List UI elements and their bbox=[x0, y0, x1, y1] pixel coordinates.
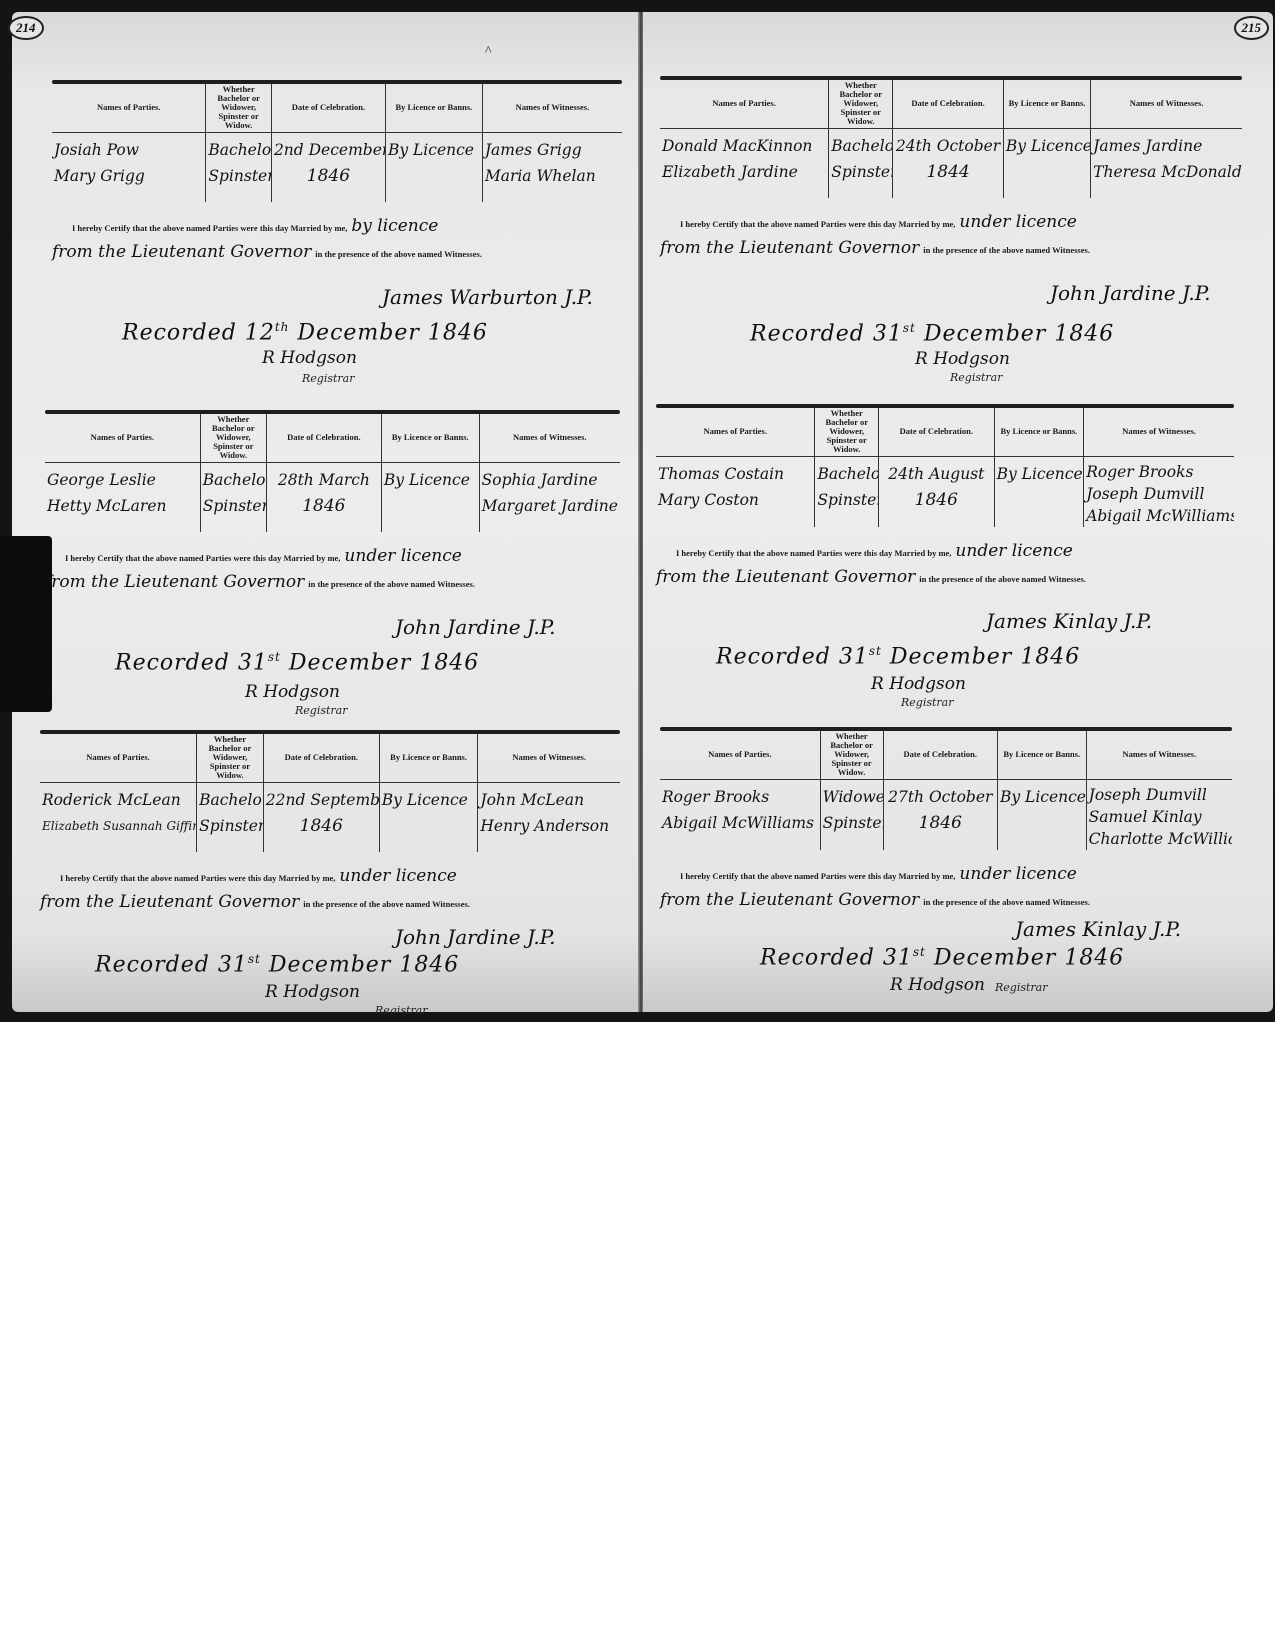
recorded-note: Recorded 31st December 1846 bbox=[95, 952, 459, 977]
registrar-title: Registrar bbox=[295, 704, 348, 717]
col-licence: By Licence or Banns. bbox=[997, 731, 1086, 779]
col-date: Date of Celebration. bbox=[879, 408, 995, 456]
registrar-title: Registrar bbox=[302, 372, 355, 385]
condition-cell: BachelorSpinster bbox=[829, 128, 893, 198]
date-cell: 24th October1844 bbox=[893, 128, 1004, 198]
recorded-note: Recorded 31st December 1846 bbox=[115, 650, 479, 675]
col-condition: Whether Bachelor or Widower, Spinster or… bbox=[815, 408, 879, 456]
registrar-signature: R Hodgson bbox=[262, 348, 357, 368]
parties-cell: Thomas CostainMary Coston bbox=[656, 456, 815, 527]
marriage-entry: Names of Parties. Whether Bachelor or Wi… bbox=[660, 727, 1232, 924]
col-condition: Whether Bachelor or Widower, Spinster or… bbox=[829, 80, 893, 128]
recorded-note: Recorded 31st December 1846 bbox=[750, 321, 1114, 346]
col-licence: By Licence or Banns. bbox=[379, 734, 478, 782]
col-condition: Whether Bachelor or Widower, Spinster or… bbox=[820, 731, 883, 779]
certification: I hereby Certify that the above named Pa… bbox=[45, 546, 620, 606]
parties-cell: Josiah PowMary Grigg bbox=[52, 132, 206, 202]
officiant-signature: John Jardine J.P. bbox=[395, 615, 556, 639]
entry-row: Donald MacKinnonElizabeth Jardine Bachel… bbox=[660, 128, 1242, 198]
recorded-note: Recorded 31st December 1846 bbox=[760, 945, 1124, 970]
col-witnesses: Names of Witnesses. bbox=[482, 84, 622, 132]
header-row: Names of Parties. Whether Bachelor or Wi… bbox=[52, 84, 622, 132]
col-licence: By Licence or Banns. bbox=[385, 84, 482, 132]
date-cell: 28th March1846 bbox=[266, 462, 381, 532]
header-row: Names of Parties. Whether Bachelor or Wi… bbox=[40, 734, 620, 782]
parties-cell: Donald MacKinnonElizabeth Jardine bbox=[660, 128, 829, 198]
registrar-title: Registrar bbox=[950, 371, 1003, 384]
header-row: Names of Parties. Whether Bachelor or Wi… bbox=[660, 731, 1232, 779]
certification: I hereby Certify that the above named Pa… bbox=[656, 541, 1234, 601]
scanned-register-spread: 214 215 ^ Names of Parties. Whether Bach… bbox=[0, 0, 1275, 1022]
marriage-entry: Names of Parties. Whether Bachelor or Wi… bbox=[40, 730, 620, 926]
certification: I hereby Certify that the above named Pa… bbox=[660, 864, 1232, 924]
witnesses-cell: Roger BrooksJoseph DumvillAbigail McWill… bbox=[1084, 456, 1234, 527]
witnesses-cell: James JardineTheresa McDonald bbox=[1091, 128, 1242, 198]
col-date: Date of Celebration. bbox=[883, 731, 997, 779]
marriage-entry: Names of Parties. Whether Bachelor or Wi… bbox=[656, 404, 1234, 601]
licence-cell: By Licence bbox=[381, 462, 479, 532]
col-condition: Whether Bachelor or Widower, Spinster or… bbox=[206, 84, 272, 132]
folio-number-left: 214 bbox=[8, 16, 44, 40]
parties-cell: George LeslieHetty McLaren bbox=[45, 462, 200, 532]
certification: I hereby Certify that the above named Pa… bbox=[52, 216, 622, 276]
entry-table: Names of Parties. Whether Bachelor or Wi… bbox=[660, 80, 1242, 198]
entry-row: Thomas CostainMary Coston BachelorSpinst… bbox=[656, 456, 1234, 527]
certification: I hereby Certify that the above named Pa… bbox=[40, 866, 620, 926]
col-names-of-parties: Names of Parties. bbox=[660, 731, 820, 779]
officiant-signature: James Kinlay J.P. bbox=[1015, 917, 1181, 941]
recorded-note: Recorded 12th December 1846 bbox=[122, 320, 488, 345]
marriage-entry: Names of Parties. Whether Bachelor or Wi… bbox=[45, 410, 620, 606]
entry-row: Josiah PowMary Grigg BachelorSpinster 2n… bbox=[52, 132, 622, 202]
licence-cell: By Licence bbox=[1003, 128, 1090, 198]
registrar-title: Registrar bbox=[995, 981, 1048, 994]
certification: I hereby Certify that the above named Pa… bbox=[660, 212, 1242, 272]
header-row: Names of Parties. Whether Bachelor or Wi… bbox=[656, 408, 1234, 456]
col-witnesses: Names of Witnesses. bbox=[1086, 731, 1232, 779]
parties-cell: Roger BrooksAbigail McWilliams bbox=[660, 779, 820, 850]
marriage-entry: Names of Parties. Whether Bachelor or Wi… bbox=[52, 80, 622, 276]
registrar-signature: R Hodgson bbox=[871, 674, 966, 694]
entry-row: Roger BrooksAbigail McWilliams WidowerSp… bbox=[660, 779, 1232, 850]
entry-table: Names of Parties. Whether Bachelor or Wi… bbox=[656, 408, 1234, 527]
col-licence: By Licence or Banns. bbox=[381, 414, 479, 462]
licence-cell: By Licence bbox=[997, 779, 1086, 850]
witnesses-cell: Joseph DumvillSamuel KinlayCharlotte McW… bbox=[1086, 779, 1232, 850]
col-licence: By Licence or Banns. bbox=[1003, 80, 1090, 128]
col-date: Date of Celebration. bbox=[893, 80, 1004, 128]
col-witnesses: Names of Witnesses. bbox=[478, 734, 620, 782]
registrar-title: Registrar bbox=[375, 1004, 428, 1017]
registrar-signature: R Hodgson bbox=[265, 982, 360, 1002]
caret-mark: ^ bbox=[485, 44, 492, 60]
col-witnesses: Names of Witnesses. bbox=[1091, 80, 1242, 128]
col-names-of-parties: Names of Parties. bbox=[52, 84, 206, 132]
col-date: Date of Celebration. bbox=[263, 734, 379, 782]
date-cell: 2nd December1846 bbox=[271, 132, 385, 202]
officiant-signature: James Warburton J.P. bbox=[382, 285, 593, 309]
col-condition: Whether Bachelor or Widower, Spinster or… bbox=[200, 414, 266, 462]
col-names-of-parties: Names of Parties. bbox=[656, 408, 815, 456]
condition-cell: WidowerSpinster bbox=[820, 779, 883, 850]
entry-table: Names of Parties. Whether Bachelor or Wi… bbox=[45, 414, 620, 532]
registrar-signature: R Hodgson bbox=[915, 349, 1010, 369]
entry-table: Names of Parties. Whether Bachelor or Wi… bbox=[52, 84, 622, 202]
col-licence: By Licence or Banns. bbox=[994, 408, 1084, 456]
registrar-signature: R Hodgson bbox=[890, 975, 985, 995]
col-condition: Whether Bachelor or Widower, Spinster or… bbox=[197, 734, 264, 782]
header-row: Names of Parties. Whether Bachelor or Wi… bbox=[45, 414, 620, 462]
date-cell: 27th October1846 bbox=[883, 779, 997, 850]
folio-number-right: 215 bbox=[1234, 16, 1270, 40]
registrar-title: Registrar bbox=[901, 696, 954, 709]
entry-table: Names of Parties. Whether Bachelor or Wi… bbox=[660, 731, 1232, 850]
entry-row: George LeslieHetty McLaren BachelorSpins… bbox=[45, 462, 620, 532]
date-cell: 22nd September1846 bbox=[263, 782, 379, 852]
entry-row: Roderick McLeanElizabeth Susannah Giffin… bbox=[40, 782, 620, 852]
col-date: Date of Celebration. bbox=[271, 84, 385, 132]
header-row: Names of Parties. Whether Bachelor or Wi… bbox=[660, 80, 1242, 128]
witnesses-cell: John McLeanHenry Anderson bbox=[478, 782, 620, 852]
licence-cell: By Licence bbox=[385, 132, 482, 202]
condition-cell: BachelorSpinster bbox=[200, 462, 266, 532]
licence-cell: By Licence bbox=[379, 782, 478, 852]
col-witnesses: Names of Witnesses. bbox=[479, 414, 620, 462]
witnesses-cell: James GriggMaria Whelan bbox=[482, 132, 622, 202]
condition-cell: BachelorSpinster bbox=[197, 782, 264, 852]
col-names-of-parties: Names of Parties. bbox=[45, 414, 200, 462]
col-names-of-parties: Names of Parties. bbox=[40, 734, 197, 782]
condition-cell: BachelorSpinster bbox=[815, 456, 879, 527]
col-names-of-parties: Names of Parties. bbox=[660, 80, 829, 128]
entry-table: Names of Parties. Whether Bachelor or Wi… bbox=[40, 734, 620, 852]
registrar-signature: R Hodgson bbox=[245, 682, 340, 702]
officiant-signature: John Jardine J.P. bbox=[395, 925, 556, 949]
date-cell: 24th August1846 bbox=[879, 456, 995, 527]
officiant-signature: John Jardine J.P. bbox=[1050, 281, 1211, 305]
officiant-signature: James Kinlay J.P. bbox=[986, 609, 1152, 633]
recorded-note: Recorded 31st December 1846 bbox=[716, 644, 1080, 669]
col-witnesses: Names of Witnesses. bbox=[1084, 408, 1234, 456]
witnesses-cell: Sophia JardineMargaret Jardine bbox=[479, 462, 620, 532]
marriage-entry: Names of Parties. Whether Bachelor or Wi… bbox=[660, 76, 1242, 272]
condition-cell: BachelorSpinster bbox=[206, 132, 272, 202]
parties-cell: Roderick McLeanElizabeth Susannah Giffin bbox=[40, 782, 197, 852]
licence-cell: By Licence bbox=[994, 456, 1084, 527]
col-date: Date of Celebration. bbox=[266, 414, 381, 462]
